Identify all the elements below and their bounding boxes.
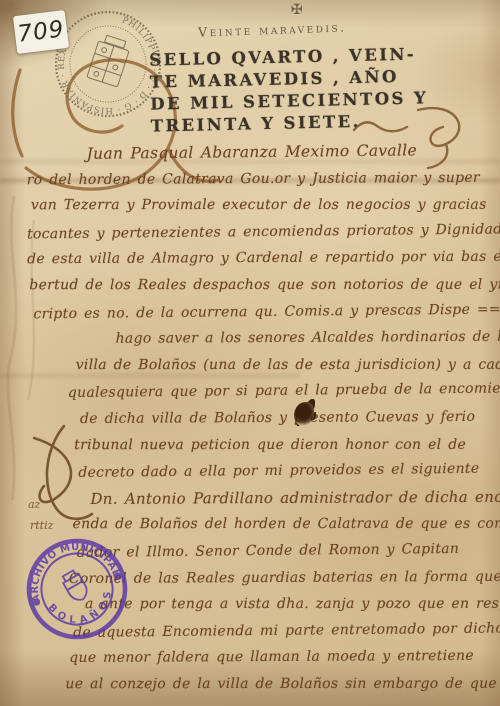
archive-number-label: 709	[13, 10, 69, 54]
manuscript-line: tocantes y pertenezientes a encomiendas …	[27, 216, 493, 247]
stamp-coat-of-arms	[60, 569, 91, 604]
margin-note: rttiz	[30, 519, 54, 532]
margin-rubric-flourish: rttiz	[4, 420, 114, 535]
manuscript-line: villa de Bolaños (una de las de esta jur…	[28, 352, 494, 379]
manuscript-line: qualesquiera que por si para el la prueb…	[28, 376, 494, 407]
manuscript-line: ue al conzejo de la villa de Bolaños sin…	[29, 671, 495, 698]
manuscript-line: ro del horden de Calatrava Gou.or y Just…	[27, 164, 493, 193]
margin-catchword: az	[28, 498, 40, 511]
manuscript-line: van Tezerra y Provimale executor de los …	[27, 192, 493, 219]
manuscript-page: PHILIPPVS · V · D · G · HISPANIAR · REX …	[0, 0, 500, 706]
cross-ornament-icon: ✠	[291, 2, 303, 18]
manuscript-line: hago saver a los senores Alcaldes hordin…	[28, 324, 494, 353]
manuscript-line: de esta villa de Almagro y Cardenal e re…	[27, 244, 493, 273]
svg-text:BOLAÑOS: BOLAÑOS	[44, 583, 123, 636]
tax-value-line: Veinte maravedis.	[198, 19, 347, 39]
manuscript-line: Juan Pasqual Abaranza Meximo Cavalle	[26, 137, 492, 168]
manuscript-line: bertud de los Reales despachos que son n…	[27, 272, 493, 299]
archive-number: 709	[16, 16, 66, 48]
stamp-arc-bottom: BOLAÑOS	[44, 583, 123, 636]
manuscript-line: cripto es no. de la ocurrena qu. Comis.a…	[27, 296, 493, 327]
manuscript-line: que menor faldera que llaman la moeda y …	[29, 643, 495, 672]
